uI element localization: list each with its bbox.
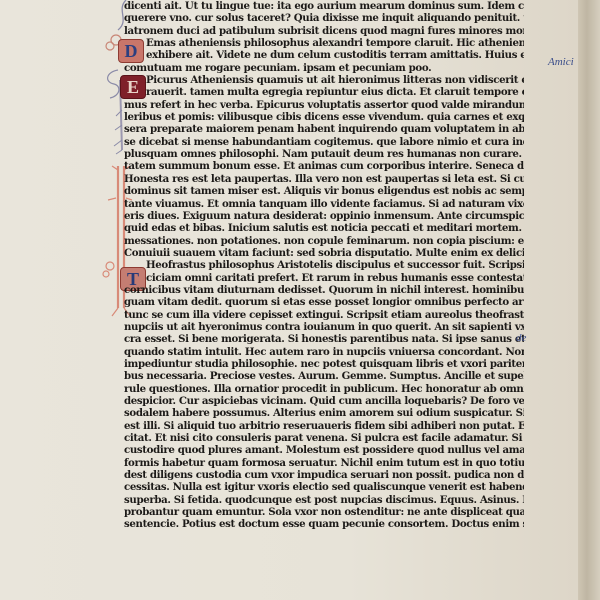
text-line: messationes. non potationes. non copule …	[124, 235, 524, 247]
text-line: despicior. Cur aspiciebas vicinam. Quid …	[124, 395, 524, 407]
text-line: tante viuamus. Et omnia tanquam illo vid…	[124, 198, 524, 210]
text-line: dominus sit tamen miser est. Aliquis vir…	[124, 185, 524, 197]
text-line: mus refert in hec verba. Epicurus volupt…	[124, 99, 524, 111]
text-line: citat. Et nisi cito consuleris parat ven…	[124, 432, 524, 444]
text-line: nupciis ut ait hyeronimus contra iouianu…	[124, 321, 524, 333]
text-line: latronem duci ad patibulum subrisit dice…	[124, 25, 524, 37]
text-line: cornicibus vitam diuturnam dedisset. Quo…	[124, 284, 524, 296]
text-line: tatem summum bonum esse. Et animas cum c…	[124, 160, 524, 172]
text-line: rule questiones. Illa ornatior procedit …	[124, 383, 524, 395]
text-line: se dicebat si mense habundantiam cogitem…	[124, 136, 524, 148]
text-line: dicenti ait. Ut tu lingue tue: ita ego a…	[124, 0, 524, 12]
text-line: Conuiuii suauem vitam faciunt: sed sobri…	[124, 247, 524, 259]
text-line: comutuam me rogare pecuniam. ipsam et pe…	[124, 62, 524, 74]
text-column: dicenti ait. Ut tu lingue tue: ita ego a…	[124, 0, 524, 531]
book-gutter	[578, 0, 600, 600]
text-line: dest diligens custodia cum vxor impudica…	[124, 469, 524, 481]
text-line: bus necessaria. Preciose vestes. Aurum. …	[124, 370, 524, 382]
text-line: cra esset. Si bene morigerata. Si honest…	[124, 333, 524, 345]
text-line: exhibere ait. Videte ne dum celum custod…	[124, 49, 524, 61]
text-line: eris diues. Exiguum natura desiderat: op…	[124, 210, 524, 222]
text-line: ciciam omni caritati prefert. Et rarum i…	[124, 272, 524, 284]
text-line: quid edas et bibas. Inicium salutis est …	[124, 222, 524, 234]
text-line: leribus et pomis: vilibusque cibis dicen…	[124, 111, 524, 123]
text-line: custodire quod plures amant. Molestum es…	[124, 444, 524, 456]
text-line: Emas atheniensis philosophus alexandri t…	[124, 37, 524, 49]
book-page: D E T dicenti ait. Ut tu lingue tue: ita…	[0, 0, 578, 600]
text-line: Heofrastus philosophus Aristotelis disci…	[124, 259, 524, 271]
text-line: guam vitam dedit. quorum si etas esse po…	[124, 296, 524, 308]
text-line: formis habetur quam formosa seruatur. Ni…	[124, 457, 524, 469]
text-line: impediuntur studia philosophie. nec pote…	[124, 358, 524, 370]
text-line: Honesta res est leta paupertas. Illa ver…	[124, 173, 524, 185]
text-line: tunc se cum illa videre cepisset extingu…	[124, 309, 524, 321]
text-line: est illi. Si aliquid tuo arbitrio reseru…	[124, 420, 524, 432]
text-line: sera preparate maiorem penam habent inqu…	[124, 123, 524, 135]
text-line: quando statim intulit. Hec autem raro in…	[124, 346, 524, 358]
marginal-ink-mark: Amici	[548, 56, 574, 68]
text-line: sentencie. Potius est doctum esse quam p…	[124, 518, 524, 530]
text-line: sodalem habere possumus. Alterius enim a…	[124, 407, 524, 419]
text-line: plusquam omnes philosophi. Nam putauit d…	[124, 148, 524, 160]
text-line: Picurus Atheniensis quamuis ut ait hiero…	[124, 74, 524, 86]
text-line: cessitas. Nulla est igitur vxoris electi…	[124, 481, 524, 493]
text-line: superba. Si fetida. quodcunque est post …	[124, 494, 524, 506]
text-line: rauerit. tamen multa egregia repiuntur e…	[124, 86, 524, 98]
text-line: probantur quam emuntur. Sola vxor non os…	[124, 506, 524, 518]
marginal-ink-mark: de	[516, 332, 526, 344]
text-line: querere vno. cur solus taceret? Quia dix…	[124, 12, 524, 24]
